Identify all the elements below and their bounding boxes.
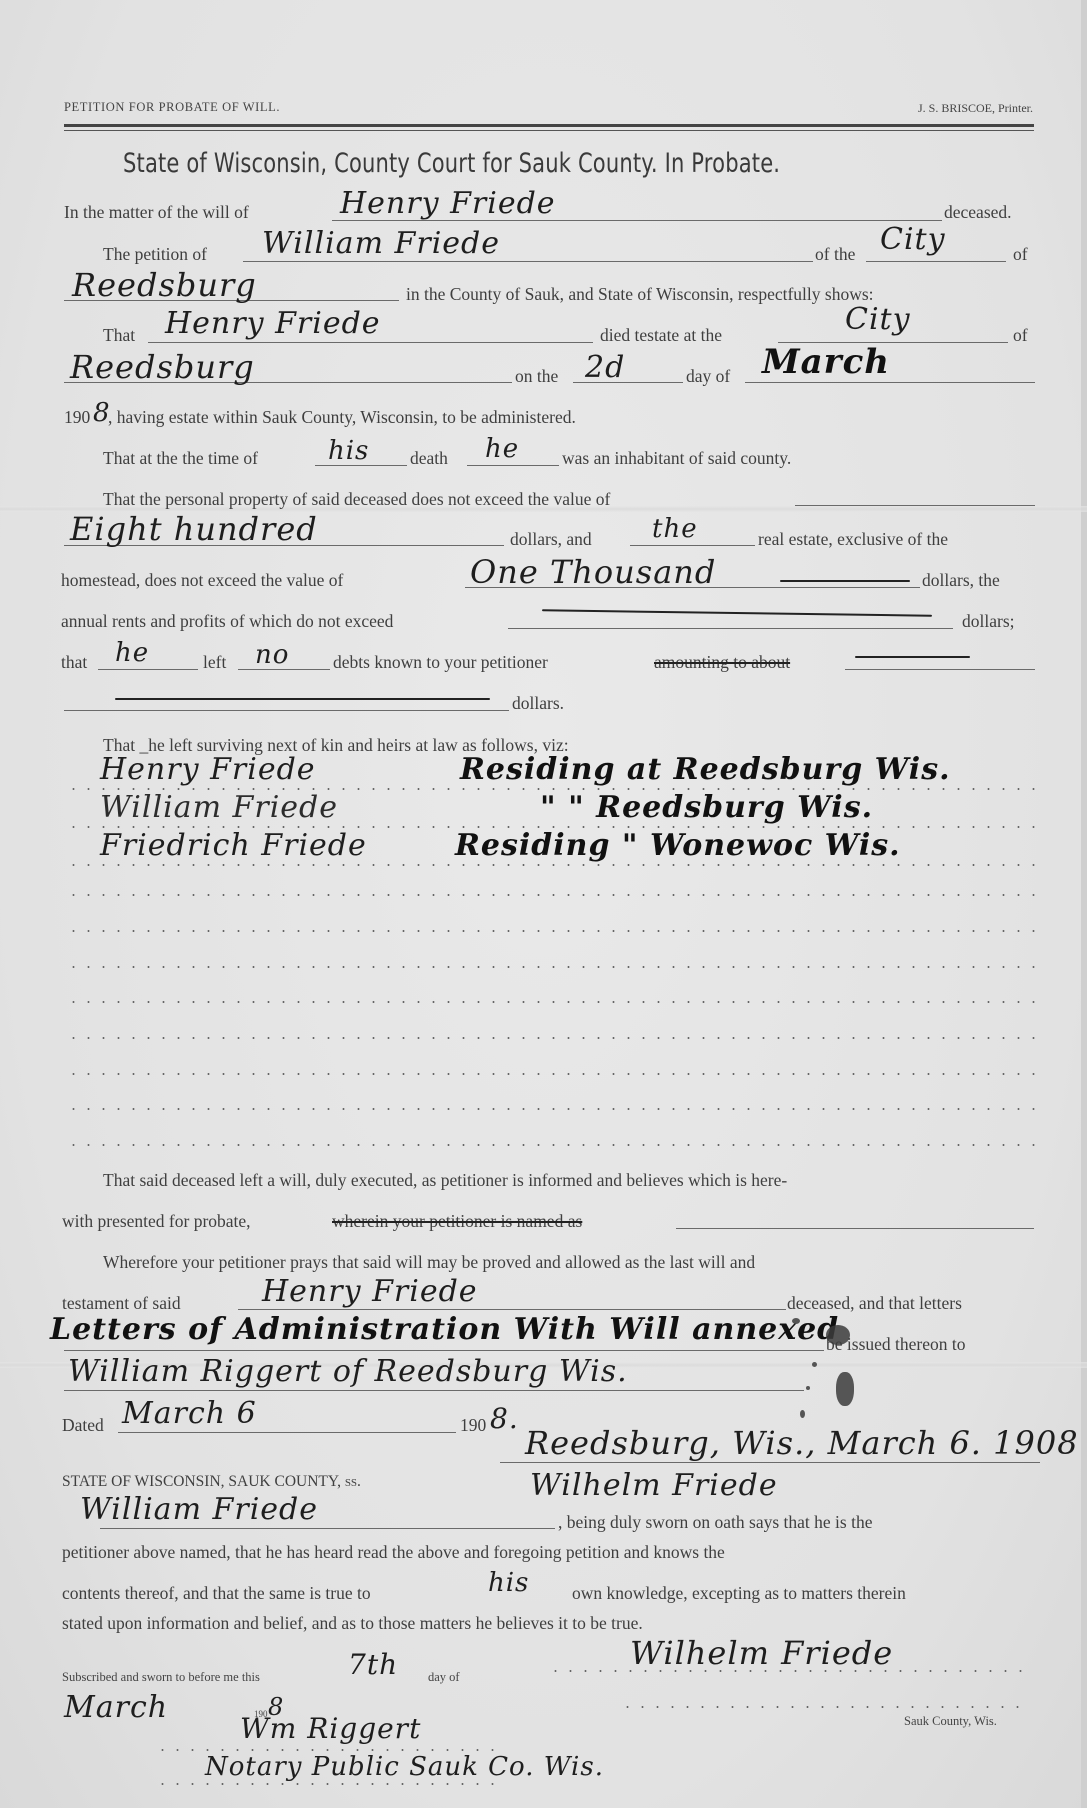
county-label: Sauk County, Wis. [904,1714,997,1729]
rents-line [508,628,953,629]
oath-pronoun-field[interactable]: his [488,1568,529,1598]
of-label-2: of [1013,325,1028,346]
article-field[interactable]: the [652,514,698,544]
notary-title[interactable]: Notary Public Sauk Co. Wis. [205,1752,604,1782]
header-rule-thick [64,124,1034,127]
municipality-field[interactable]: Reedsburg [72,266,257,304]
deceased-letters-label: deceased, and that letters [787,1293,962,1314]
ink-blot [826,1325,850,1345]
jurat-day-field[interactable]: 7th [348,1648,398,1681]
heir-residence-1[interactable]: Residing at Reedsburg Wis. [460,752,951,787]
document-page: PETITION FOR PROBATE OF WILL. J. S. BRIS… [0,0,1087,1808]
oath-signature[interactable]: Wilhelm Friede [630,1634,893,1672]
dated-year-field[interactable]: 8. [490,1402,519,1435]
possessive-pronoun-field[interactable]: his [328,436,369,466]
dollars-the-label: dollars, the [922,570,1000,591]
prayer-line-1: Wherefore your petitioner prays that sai… [103,1252,755,1273]
will-role-line [676,1228,1034,1229]
testator-line [238,1309,786,1310]
notary-signature[interactable]: Wm Riggert [240,1712,421,1745]
real-estate-label: real estate, exclusive of the [758,529,948,550]
death-month-field[interactable]: March [762,342,890,382]
left-label: left [203,652,226,673]
oath-line-3-suffix: own knowledge, excepting as to matters t… [572,1583,906,1604]
died-testate-label: died testate at the [600,325,722,346]
heir-line-9 [66,1073,1036,1075]
dated-field[interactable]: March 6 [122,1396,257,1431]
document-title: State of Wisconsin, County Court for Sau… [123,148,780,179]
pronoun-field[interactable]: he [485,434,519,464]
pronoun-line [467,465,559,466]
death-place-field[interactable]: Reedsburg [70,348,255,386]
real-estate-value-field[interactable]: One Thousand [470,553,716,591]
debt-dash-stroke-2 [115,698,490,700]
heir-line-7 [66,1001,1036,1003]
heir-line-8 [66,1037,1036,1039]
article-line [630,545,755,546]
testator-name-field[interactable]: Henry Friede [262,1274,478,1309]
administrator-field[interactable]: William Riggert of Reedsburg Wis. [68,1354,628,1389]
heir-name-3[interactable]: Friedrich Friede [100,828,367,863]
dated-line [118,1432,456,1433]
petitioner-line [243,261,813,262]
jurat-month-field[interactable]: March [64,1690,168,1725]
dollars-and-label: dollars, and [510,529,592,550]
of-the-label: of the [815,244,855,265]
of-label: of [1013,244,1028,265]
heir-residence-2[interactable]: " " Reedsburg Wis. [540,790,873,825]
subscribed-label: Subscribed and sworn to before me this [62,1670,260,1685]
heir-line-3 [66,864,1036,866]
on-the-label: on the [515,366,558,387]
debt-amount-line-2 [64,710,509,711]
letters-type-line [64,1350,824,1351]
venue-label: STATE OF WISCONSIN, SAUK COUNTY, ss. [62,1473,361,1491]
ink-spatter [806,1386,810,1390]
heir-line-11 [66,1144,1036,1146]
debt-amount-line [845,669,1035,670]
day-of-label: day of [686,366,730,387]
testament-label: testament of said [62,1293,181,1314]
form-name: PETITION FOR PROBATE OF WILL. [64,100,280,115]
heir-line-10 [66,1108,1036,1110]
dated-year-prefix: 190 [460,1415,486,1436]
debts-known-label: debts known to your petitioner [333,652,548,673]
ink-spatter [800,1410,805,1418]
place-date-field[interactable]: Reedsburg, Wis., March 6. 1908 [525,1424,1079,1462]
notary-title-line [155,1783,495,1785]
page-edge [1081,0,1087,1808]
debtor-pronoun-field[interactable]: he [115,638,149,668]
dollars-semicolon-label: dollars; [962,611,1015,632]
jurat-day-of-label: day of [428,1670,460,1685]
year-prefix: 190 [64,407,90,428]
debt-dash-stroke [855,656,970,658]
inhabitant-label: was an inhabitant of said county. [562,448,791,469]
decedent-name-field[interactable]: Henry Friede [165,306,381,341]
petition-of-label: The petition of [103,244,207,265]
ink-spatter [792,1318,800,1324]
oath-line-2: petitioner above named, that he has hear… [62,1542,725,1563]
estate-text: , having estate within Sauk County, Wisc… [108,407,576,428]
municipality-type-line [866,261,1006,262]
decedent-line [148,342,593,343]
municipality-type-field[interactable]: City [880,222,946,257]
death-day-field[interactable]: 2d [585,350,625,385]
that-label-2: that [61,652,87,673]
heir-line-5 [66,930,1036,932]
dated-label: Dated [62,1415,104,1436]
oath-line-1: , being duly sworn on oath says that he … [558,1512,872,1533]
heir-residence-3[interactable]: Residing " Wonewoc Wis. [455,828,901,863]
homestead-label: homestead, does not exceed the value of [61,570,343,591]
debtor-pronoun-line [98,669,198,670]
will-statement-prefix: with presented for probate, [62,1211,251,1232]
oath-line-4: stated upon information and belief, and … [62,1613,643,1634]
ink-spatter [812,1362,817,1367]
petitioner-name-field[interactable]: William Friede [262,226,500,261]
letters-type-field[interactable]: Letters of Administration With Will anne… [50,1312,839,1347]
heir-name-1[interactable]: Henry Friede [100,752,316,787]
oath-line-3-prefix: contents thereof, and that the same is t… [62,1583,371,1604]
county-state-text: in the County of Sauk, and State of Wisc… [406,284,874,305]
heir-line-6 [66,966,1036,968]
heir-name-2[interactable]: William Friede [100,790,338,825]
death-month-line [745,382,1035,383]
matter-label: In the matter of the will of [64,202,249,223]
ink-blot [836,1372,854,1406]
place-type-field[interactable]: City [845,302,911,337]
printer-credit: J. S. BRISCOE, Printer. [918,101,1033,116]
affiant-line [100,1528,555,1529]
will-statement-line-1: That said deceased left a will, duly exe… [103,1170,787,1191]
dollars-label: dollars. [512,693,564,714]
struck-amount-text: amounting to about [654,652,790,673]
place-date-line [500,1462,1040,1463]
rents-label: annual rents and profits of which do not… [61,611,393,632]
will-struck-text: wherein your petitioner is named as [332,1211,582,1232]
personal-property-line-a [795,505,1035,506]
personal-property-label: That the personal property of said decea… [103,489,610,510]
notary-signature-line [155,1749,495,1751]
heir-line-4 [66,894,1036,896]
pen-flourish [780,580,910,582]
that-label: That [103,325,135,346]
petitioner-signature[interactable]: Wilhelm Friede [530,1468,778,1503]
affiant-field[interactable]: William Friede [80,1492,318,1527]
rents-dash-stroke [542,609,932,616]
time-of-label: That at the the time of [103,448,258,469]
debts-value-field[interactable]: no [255,640,289,670]
administrator-line [64,1390,804,1391]
header-rule-thin [64,130,1034,131]
deceased-name-field[interactable]: Henry Friede [340,186,556,221]
deceased-label: deceased. [944,202,1012,223]
county-official-line [620,1706,1030,1708]
personal-value-field[interactable]: Eight hundred [70,510,318,548]
death-label: death [410,448,448,469]
